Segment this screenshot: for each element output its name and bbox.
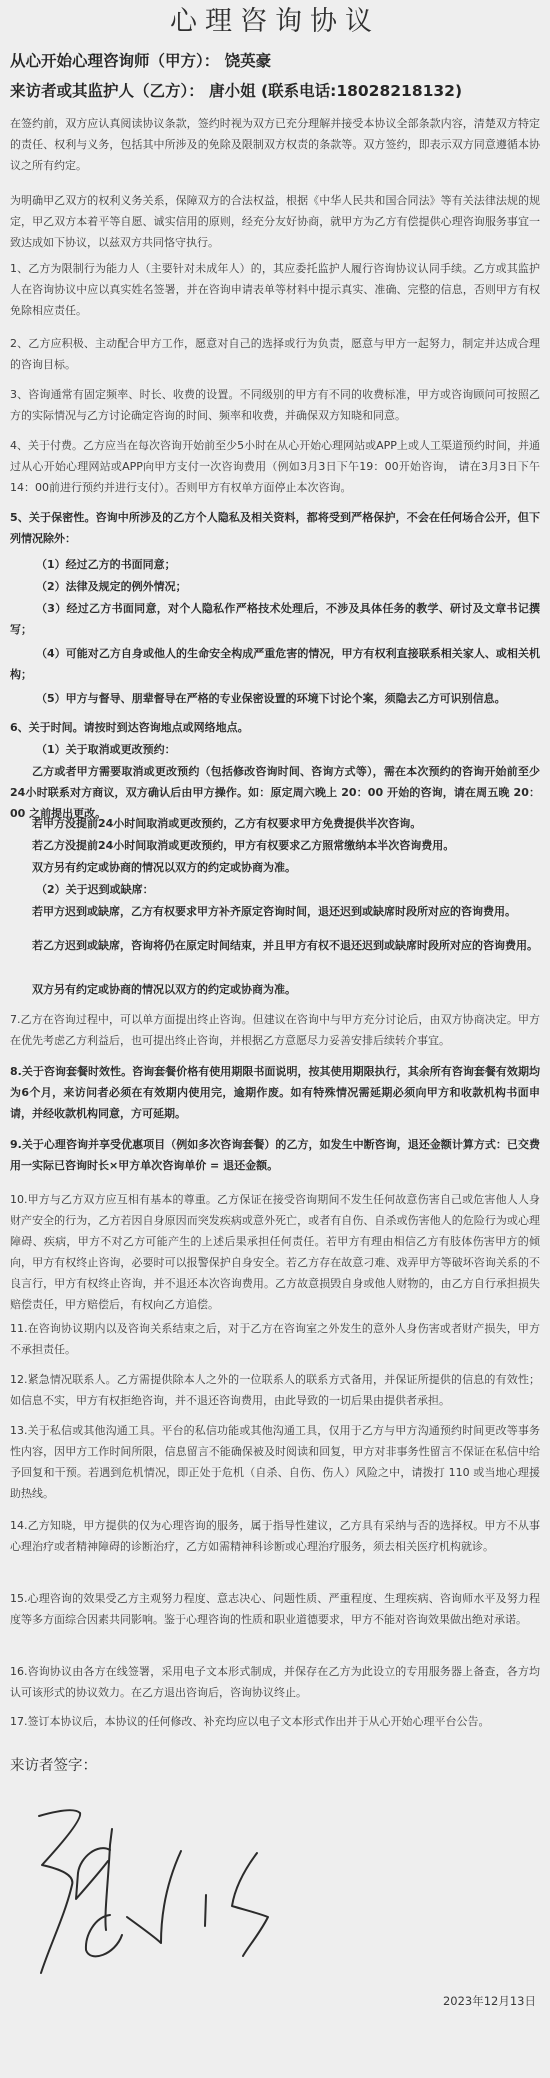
clause-5-item-2: （2）法律及规定的例外情况； [10,576,540,597]
clause-6-sub-1-c: 双方另有约定或协商的情况以双方的约定或协商为准。 [10,857,540,878]
clause-7: 7.乙方在咨询过程中，可以单方面提出终止咨询。但建议在咨询中与甲方充分讨论后，由… [10,1009,540,1051]
clause-11: 11.在咨询协议期内以及咨询关系结束之后，对于乙方在咨询室之外发生的意外人身伤害… [10,1318,540,1360]
clause-12: 12.紧急情况联系人。乙方需提供除本人之外的一位联系人的联系方式备用，并保证所提… [10,1369,540,1411]
clause-5-item-3: （3）经过乙方书面同意，对个人隐私作严格技术处理后，不涉及具体任务的教学、研讨及… [10,598,540,640]
clause-6-heading: 6、关于时间。请按时到达咨询地点或网络地点。 [10,717,540,738]
consultation-agreement-page: 心理咨询协议 从心开始心理咨询师（甲方）： 饶英豪 来访者或其监护人（乙方）： … [0,0,550,2078]
handwritten-signature [30,1805,290,1985]
clause-14: 14.乙方知晓，甲方提供的仅为心理咨询的服务，属于指导性建议，乙方具有采纳与否的… [10,1515,540,1557]
clause-2: 2、乙方应积极、主动配合甲方工作，愿意对自己的选择或行为负责，愿意与甲方一起努力… [10,333,540,375]
clause-3: 3、咨询通常有固定频率、时长、收费的设置。不同级别的甲方有不同的收费标准，甲方或… [10,384,540,426]
clause-5-heading: 5、关于保密性。咨询中所涉及的乙方个人隐私及相关资料，都将受到严格保护，不会在任… [10,507,540,549]
clause-6-sub-1-a: 若甲方没提前24小时间取消或更改预约，乙方有权要求甲方免费提供半次咨询。 [10,813,540,834]
clause-6-sub-1-title: （1）关于取消或更改预约： [10,739,540,760]
clause-15: 15.心理咨询的效果受乙方主观努力程度、意志决心、问题性质、严重程度、生理疾病、… [10,1588,540,1630]
clause-6-sub-1-b: 若乙方没提前24小时间取消或更改预约，甲方有权要求乙方照常缴纳本半次咨询费用。 [10,835,540,856]
clause-6-sub-2-a: 若甲方迟到或缺席，乙方有权要求甲方补齐原定咨询时间，退还迟到或缺席时段所对应的咨… [10,901,540,922]
clause-16: 16.咨询协议由各方在线签署，采用电子文本形式制成，并保存在乙方为此设立的专用服… [10,1661,540,1703]
clause-6-sub-2-c: 双方另有约定或协商的情况以双方的约定或协商为准。 [10,979,540,1000]
clause-17: 17.签订本协议后，本协议的任何修改、补充均应以电子文本形式作出并于从心开始心理… [10,1711,540,1732]
clause-1: 1、乙方为限制行为能力人（主要针对未成年人）的，其应委托监护人履行咨询协议认同手… [10,258,540,321]
document-title: 心理咨询协议 [0,4,550,40]
clause-6-sub-2-title: （2）关于迟到或缺席： [10,879,540,900]
clause-13: 13.关于私信或其他沟通工具。平台的私信功能或其他沟通工具，仅用于乙方与甲方沟通… [10,1420,540,1504]
clause-4: 4、关于付费。乙方应当在每次咨询开始前至少5小时在从心开始心理网站或APP上或人… [10,435,540,498]
intro-paragraph: 在签约前，双方应认真阅读协议条款，签约时视为双方已充分理解并接受本协议全部条款内… [10,113,540,176]
clause-5-item-4: （4）可能对乙方自身或他人的生命安全构成严重危害的情况，甲方有权利直接联系相关家… [10,643,540,685]
signature-label: 来访者签字： [10,1754,97,1775]
clause-5-item-1: （1）经过乙方的书面同意； [10,554,540,575]
clause-5-item-5: （5）甲方与督导、朋辈督导在严格的专业保密设置的环境下讨论个案，须隐去乙方可识别… [10,688,540,709]
clause-8: 8.关于咨询套餐时效性。咨询套餐价格有使用期限书面说明，按其使用期限执行，其余所… [10,1061,540,1124]
party-a-line: 从心开始心理咨询师（甲方）： 饶英豪 [10,50,271,72]
clause-9: 9.关于心理咨询并享受优惠项目（例如多次咨询套餐）的乙方，如发生中断咨询，退还金… [10,1134,540,1176]
signature-date: 2023年12月13日 [443,1993,536,2009]
clause-10: 10.甲方与乙方双方应互相有基本的尊重。乙方保证在接受咨询期间不发生任何故意伤害… [10,1189,540,1315]
party-b-line: 来访者或其监护人（乙方）： 唐小姐 (联系电话:18028218132) [10,80,462,102]
clause-6-sub-2-b: 若乙方迟到或缺席，咨询将仍在原定时间结束，并且甲方有权不退还迟到或缺席时段所对应… [10,935,540,956]
preamble-paragraph: 为明确甲乙双方的权利义务关系，保障双方的合法权益，根据《中华人民共和国合同法》等… [10,190,540,253]
